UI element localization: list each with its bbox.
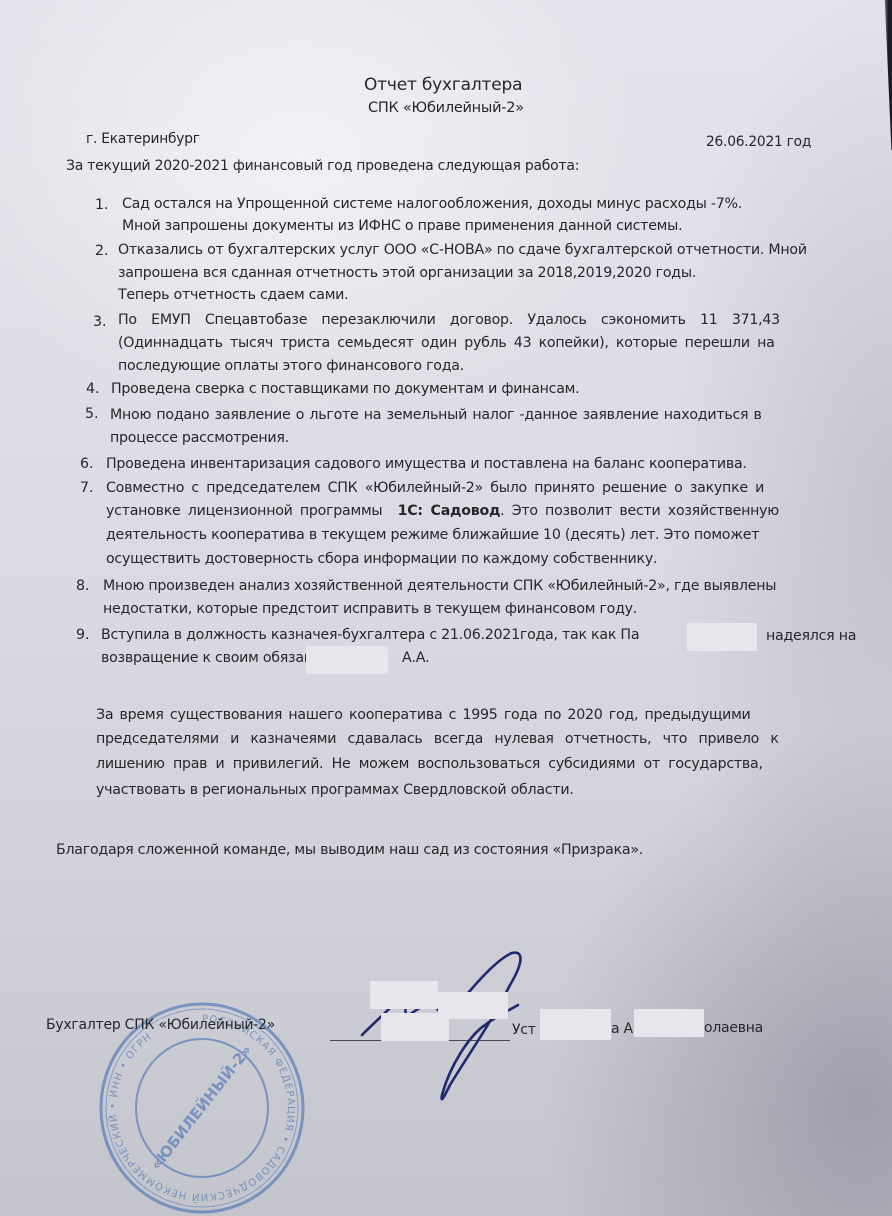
closing-statement: Благодаря сложенной команде, мы выводим … (56, 842, 643, 858)
paragraph-line-3: лишению прав и привилегий. Не можем восп… (96, 756, 763, 772)
paragraph-line-2: председателями и казначеями сдавалась вс… (96, 731, 779, 747)
item-number: 3. (93, 314, 107, 330)
item-number: 9. (76, 627, 90, 643)
item-3-line-3: последующие оплаты этого финансового год… (118, 358, 464, 374)
item-1-line-2: Мной запрошены документы из ИФНС о праве… (122, 218, 682, 234)
item-9-line-1b: надеялся на (766, 628, 856, 644)
item-7-line-3: деятельность кооператива в текущем режим… (106, 527, 759, 543)
signatory-name-part2: а А (611, 1021, 633, 1037)
item-number: 8. (76, 578, 90, 594)
item-7-line-2: установке лицензионной программы 1С: Сад… (106, 503, 779, 519)
item-5-line-1: Мною подано заявление о льготе на земель… (110, 407, 762, 423)
redaction-box (306, 646, 388, 674)
item-7-line-2a: установке лицензионной программы (106, 503, 382, 519)
item-9-line-1: Вступила в должность казначея-бухгалтера… (101, 627, 639, 643)
item-number: 4. (86, 381, 100, 397)
document-date: 26.06.2021 год (706, 134, 811, 150)
document-title: Отчет бухгалтера (364, 75, 522, 95)
redaction-box (634, 1009, 704, 1037)
signatory-name-part1: Уст (512, 1022, 536, 1038)
organization-name: СПК «Юбилейный-2» (368, 100, 524, 116)
signatory-name-part3: олаевна (704, 1020, 763, 1036)
item-4-line-1: Проведена сверка с поставщиками по докум… (111, 381, 579, 397)
item-6-line-1: Проведена инвентаризация садового имущес… (106, 456, 747, 472)
item-8-line-2: недостатки, которые предстоит исправить … (103, 601, 637, 617)
item-number: 1. (95, 197, 109, 213)
item-2-line-1: Отказались от бухгалтерских услуг ООО «С… (118, 242, 807, 258)
item-number: 6. (80, 456, 94, 472)
svg-text:«ЮБИЛЕЙНЫЙ-2»: «ЮБИЛЕЙНЫЙ-2» (146, 1041, 256, 1174)
item-3-line-1: По ЕМУП Спецавтобазе перезаключили догов… (118, 312, 780, 328)
city: г. Екатеринбург (86, 131, 200, 147)
item-7-line-2b: . Это позволит вести хозяйственную (500, 503, 779, 519)
item-5-line-2: процессе рассмотрения. (110, 430, 289, 446)
redaction-box (540, 1009, 611, 1040)
redaction-box (370, 981, 438, 1009)
paragraph-line-1: За время существования нашего кооператив… (96, 707, 751, 723)
item-1-line-1: Сад остался на Упрощенной системе налого… (122, 196, 742, 212)
item-9-line-2b: А.А. (402, 650, 429, 666)
item-number: 5. (85, 406, 99, 422)
item-number: 7. (80, 480, 94, 496)
item-2-line-3: Теперь отчетность сдаем сами. (118, 287, 348, 303)
software-name: 1С: Садовод (398, 503, 501, 519)
item-7-line-1: Совместно с председателем СПК «Юбилейный… (106, 480, 764, 496)
item-7-line-4: осуществить достоверность сбора информац… (106, 551, 657, 567)
item-8-line-1: Мною произведен анализ хозяйственной дея… (103, 578, 776, 594)
item-3-line-2: (Одиннадцать тысяч триста семьдесят один… (118, 335, 775, 351)
item-2-line-2: запрошена вся сданная отчетность этой ор… (118, 265, 696, 281)
item-number: 2. (95, 243, 109, 259)
paragraph-line-4: участвовать в региональных программах Св… (96, 782, 574, 798)
redaction-box (381, 1013, 449, 1041)
signatory-role: Бухгалтер СПК «Юбилейный-2» (46, 1017, 275, 1033)
intro-text: За текущий 2020-2021 финансовый год пров… (66, 158, 579, 174)
redaction-box (687, 623, 757, 651)
